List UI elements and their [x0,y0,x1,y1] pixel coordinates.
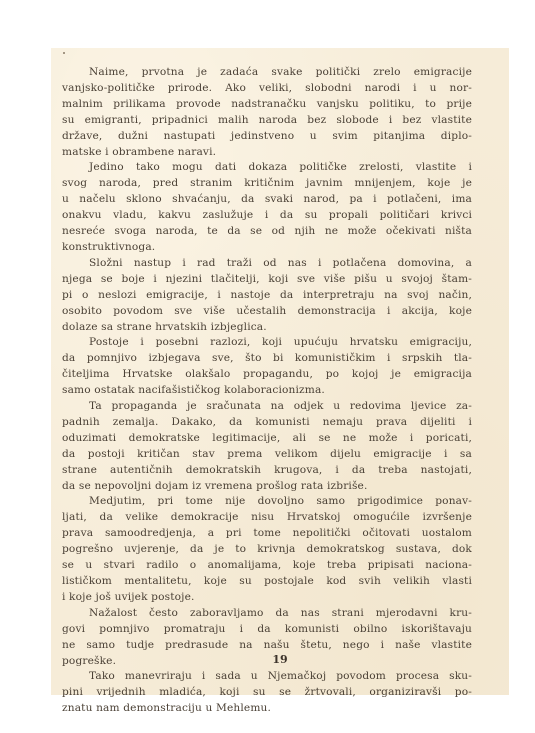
text-line: njega se boje i njezini tlačitelji, koji… [62,272,472,288]
text-line: čiteljima Hrvatske olakšalo propagandu, … [62,367,472,383]
page-number: 19 [51,653,509,666]
text-line: Tako manevriraju i sada u Njemačkoj povo… [62,669,472,685]
text-line: nesreće svoga naroda, te da se od njih n… [62,224,472,240]
text-line: Jedino tako mogu dati dokaza političke z… [62,160,472,176]
paragraph: Ta propaganda je sračunata na odjek u re… [62,399,472,494]
paragraph: Jedino tako mogu dati dokaza političke z… [62,160,472,255]
text-line: Naime, prvotna je zadaća svake politički… [62,65,472,81]
speck-mark [63,52,65,54]
paragraph: Složni nastup i rad traži od nas i potla… [62,256,472,336]
text-line: strane autentičnih demokratskih krugova,… [62,463,472,479]
text-line: u načelu sklono shvaćanju, da svaki naro… [62,192,472,208]
paragraph: Naime, prvotna je zadaća svake politički… [62,65,472,160]
text-line: prava samoodredjenja, a pri tome nepolit… [62,526,472,542]
text-line: pi o neslozi emigracije, i nastoje da in… [62,288,472,304]
text-line: govi pomnjivo promatraju i da komunisti … [62,622,472,638]
text-line: matske i obrambene naravi. [62,145,472,161]
text-line: pini vrijednih mladića, koji su se žrtvo… [62,685,472,701]
paragraph: Medjutim, pri tome nije dovoljno samo pr… [62,494,472,605]
text-line: lističkom mentalitetu, koje su postojale… [62,574,472,590]
body-text: Naime, prvotna je zadaća svake politički… [62,65,472,717]
text-line: i koje još uvijek postoje. [62,590,472,606]
text-line: pogrešno uvjerenje, da je to krivnja dem… [62,542,472,558]
text-line: dolaze sa strane hrvatskih izbjeglica. [62,320,472,336]
text-line: ne samo tudje predrasude na našu štetu, … [62,638,472,654]
text-line: Složni nastup i rad traži od nas i potla… [62,256,472,272]
text-line: Postoje i posebni razlozi, koji upućuju … [62,335,472,351]
text-line: su emigranti, pripadnici malih naroda be… [62,113,472,129]
text-line: ljati, da velike demokracije nisu Hrvats… [62,510,472,526]
text-line: da se nepovoljni dojam iz vremena prošlo… [62,479,472,495]
text-line: Medjutim, pri tome nije dovoljno samo pr… [62,494,472,510]
text-line: oduzimati demokratske legitimacije, ali … [62,431,472,447]
text-line: Ta propaganda je sračunata na odjek u re… [62,399,472,415]
text-line: da pomnjivo izbjegava sve, što bi komuni… [62,351,472,367]
text-line: onakvu vladu, kakvu zaslužuje i da su pr… [62,208,472,224]
paragraph: Tako manevriraju i sada u Njemačkoj povo… [62,669,472,717]
text-line: da postoji kritičan stav prema velikom d… [62,447,472,463]
text-line: padnih zemalja. Dakako, da komunisti nem… [62,415,472,431]
text-line: malnim prilikama provode nadstranačku va… [62,97,472,113]
text-line: države, dužni nastupati jedinstveno u sv… [62,129,472,145]
text-line: vanjsko-političke prirode. Ako veliki, s… [62,81,472,97]
paragraph: Postoje i posebni razlozi, koji upućuju … [62,335,472,399]
scanned-page: Naime, prvotna je zadaća svake politički… [51,48,509,695]
text-line: svog naroda, pred stranim kritičnim javn… [62,176,472,192]
text-line: konstruktivnoga. [62,240,472,256]
text-line: samo ostatak nacifašističkog kolaboracio… [62,383,472,399]
text-line: znatu nam demonstraciju u Mehlemu. [62,701,472,717]
text-line: Nažalost često zaboravljamo da nas stran… [62,606,472,622]
text-line: osobito povodom sve više učestalih demon… [62,304,472,320]
text-line: se u stvari radilo o anomalijama, koje t… [62,558,472,574]
